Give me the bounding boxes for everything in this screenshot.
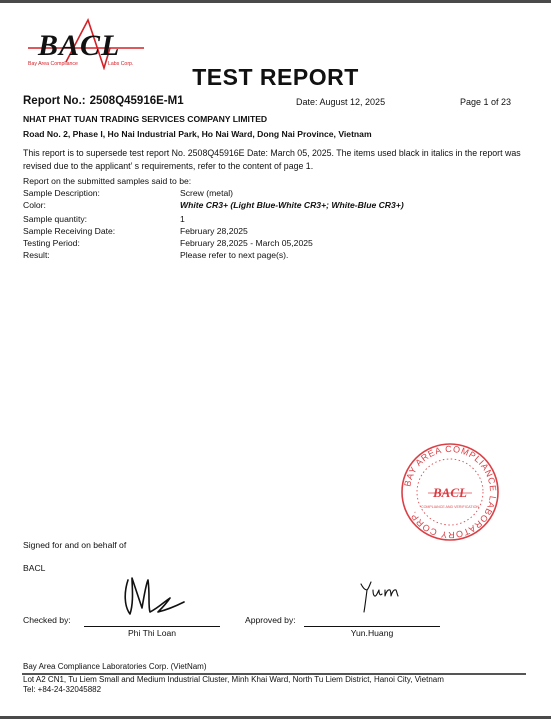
- footer-address: Lot A2 CN1, Tu Liem Small and Medium Ind…: [23, 675, 444, 684]
- checked-by-name: Phi Thi Loan: [84, 628, 220, 638]
- company-seal-stamp: BAY AREA COMPLIANCE LABORATORY CORP. BAC…: [400, 440, 500, 544]
- approved-by-name: Yun.Huang: [304, 628, 440, 638]
- report-number: Report No.:2508Q45916E-M1: [23, 95, 184, 107]
- logo-wordmark: BACL: [37, 29, 120, 62]
- bacl-logo: BACL Bay Area Compliance Labs Corp.: [26, 18, 146, 70]
- field-label: Sample Receiving Date:: [23, 226, 115, 236]
- field-value: White CR3+ (Light Blue-White CR3+; White…: [180, 200, 404, 210]
- report-date: Date: August 12, 2025: [296, 97, 385, 107]
- stamp-center-text: BACL: [432, 485, 467, 500]
- checked-by-signature-line: [84, 626, 220, 627]
- field-label: Color:: [23, 200, 46, 210]
- checked-by-label: Checked by:: [23, 615, 71, 625]
- footer-company: Bay Area Compliance Laboratories Corp. (…: [23, 662, 207, 671]
- checker-signature: [118, 572, 188, 618]
- approved-by-label: Approved by:: [245, 615, 296, 625]
- supersede-notice: This report is to supersede test report …: [23, 147, 533, 172]
- field-value: Please refer to next page(s).: [180, 250, 288, 260]
- signed-for-label: Signed for and on behalf of: [23, 540, 126, 550]
- field-label: Sample quantity:: [23, 214, 87, 224]
- field-value: Screw (metal): [180, 188, 233, 198]
- stamp-inner-text: COMPLIANCE AND VERIFICATION: [421, 505, 479, 509]
- samples-intro: Report on the submitted samples said to …: [23, 176, 191, 186]
- footer-telephone: Tel: +84-24-32045882: [23, 685, 101, 694]
- report-title: TEST REPORT: [0, 64, 551, 91]
- approved-by-signature-line: [304, 626, 440, 627]
- applicant-address: Road No. 2, Phase I, Ho Nai Industrial P…: [23, 129, 372, 139]
- field-value: February 28,2025: [180, 226, 248, 236]
- field-value: February 28,2025 - March 05,2025: [180, 238, 313, 248]
- field-label: Testing Period:: [23, 238, 80, 248]
- field-value: 1: [180, 214, 185, 224]
- field-label: Result:: [23, 250, 50, 260]
- signing-organization: BACL: [23, 563, 45, 573]
- report-number-label: Report No.:: [23, 95, 86, 107]
- field-label: Sample Description:: [23, 188, 100, 198]
- approver-signature: [355, 578, 403, 614]
- applicant-company: NHAT PHAT TUAN TRADING SERVICES COMPANY …: [23, 114, 267, 124]
- page-indicator: Page 1 of 23: [460, 97, 511, 107]
- report-number-value: 2508Q45916E-M1: [90, 95, 184, 107]
- viewer-top-border: [0, 0, 551, 3]
